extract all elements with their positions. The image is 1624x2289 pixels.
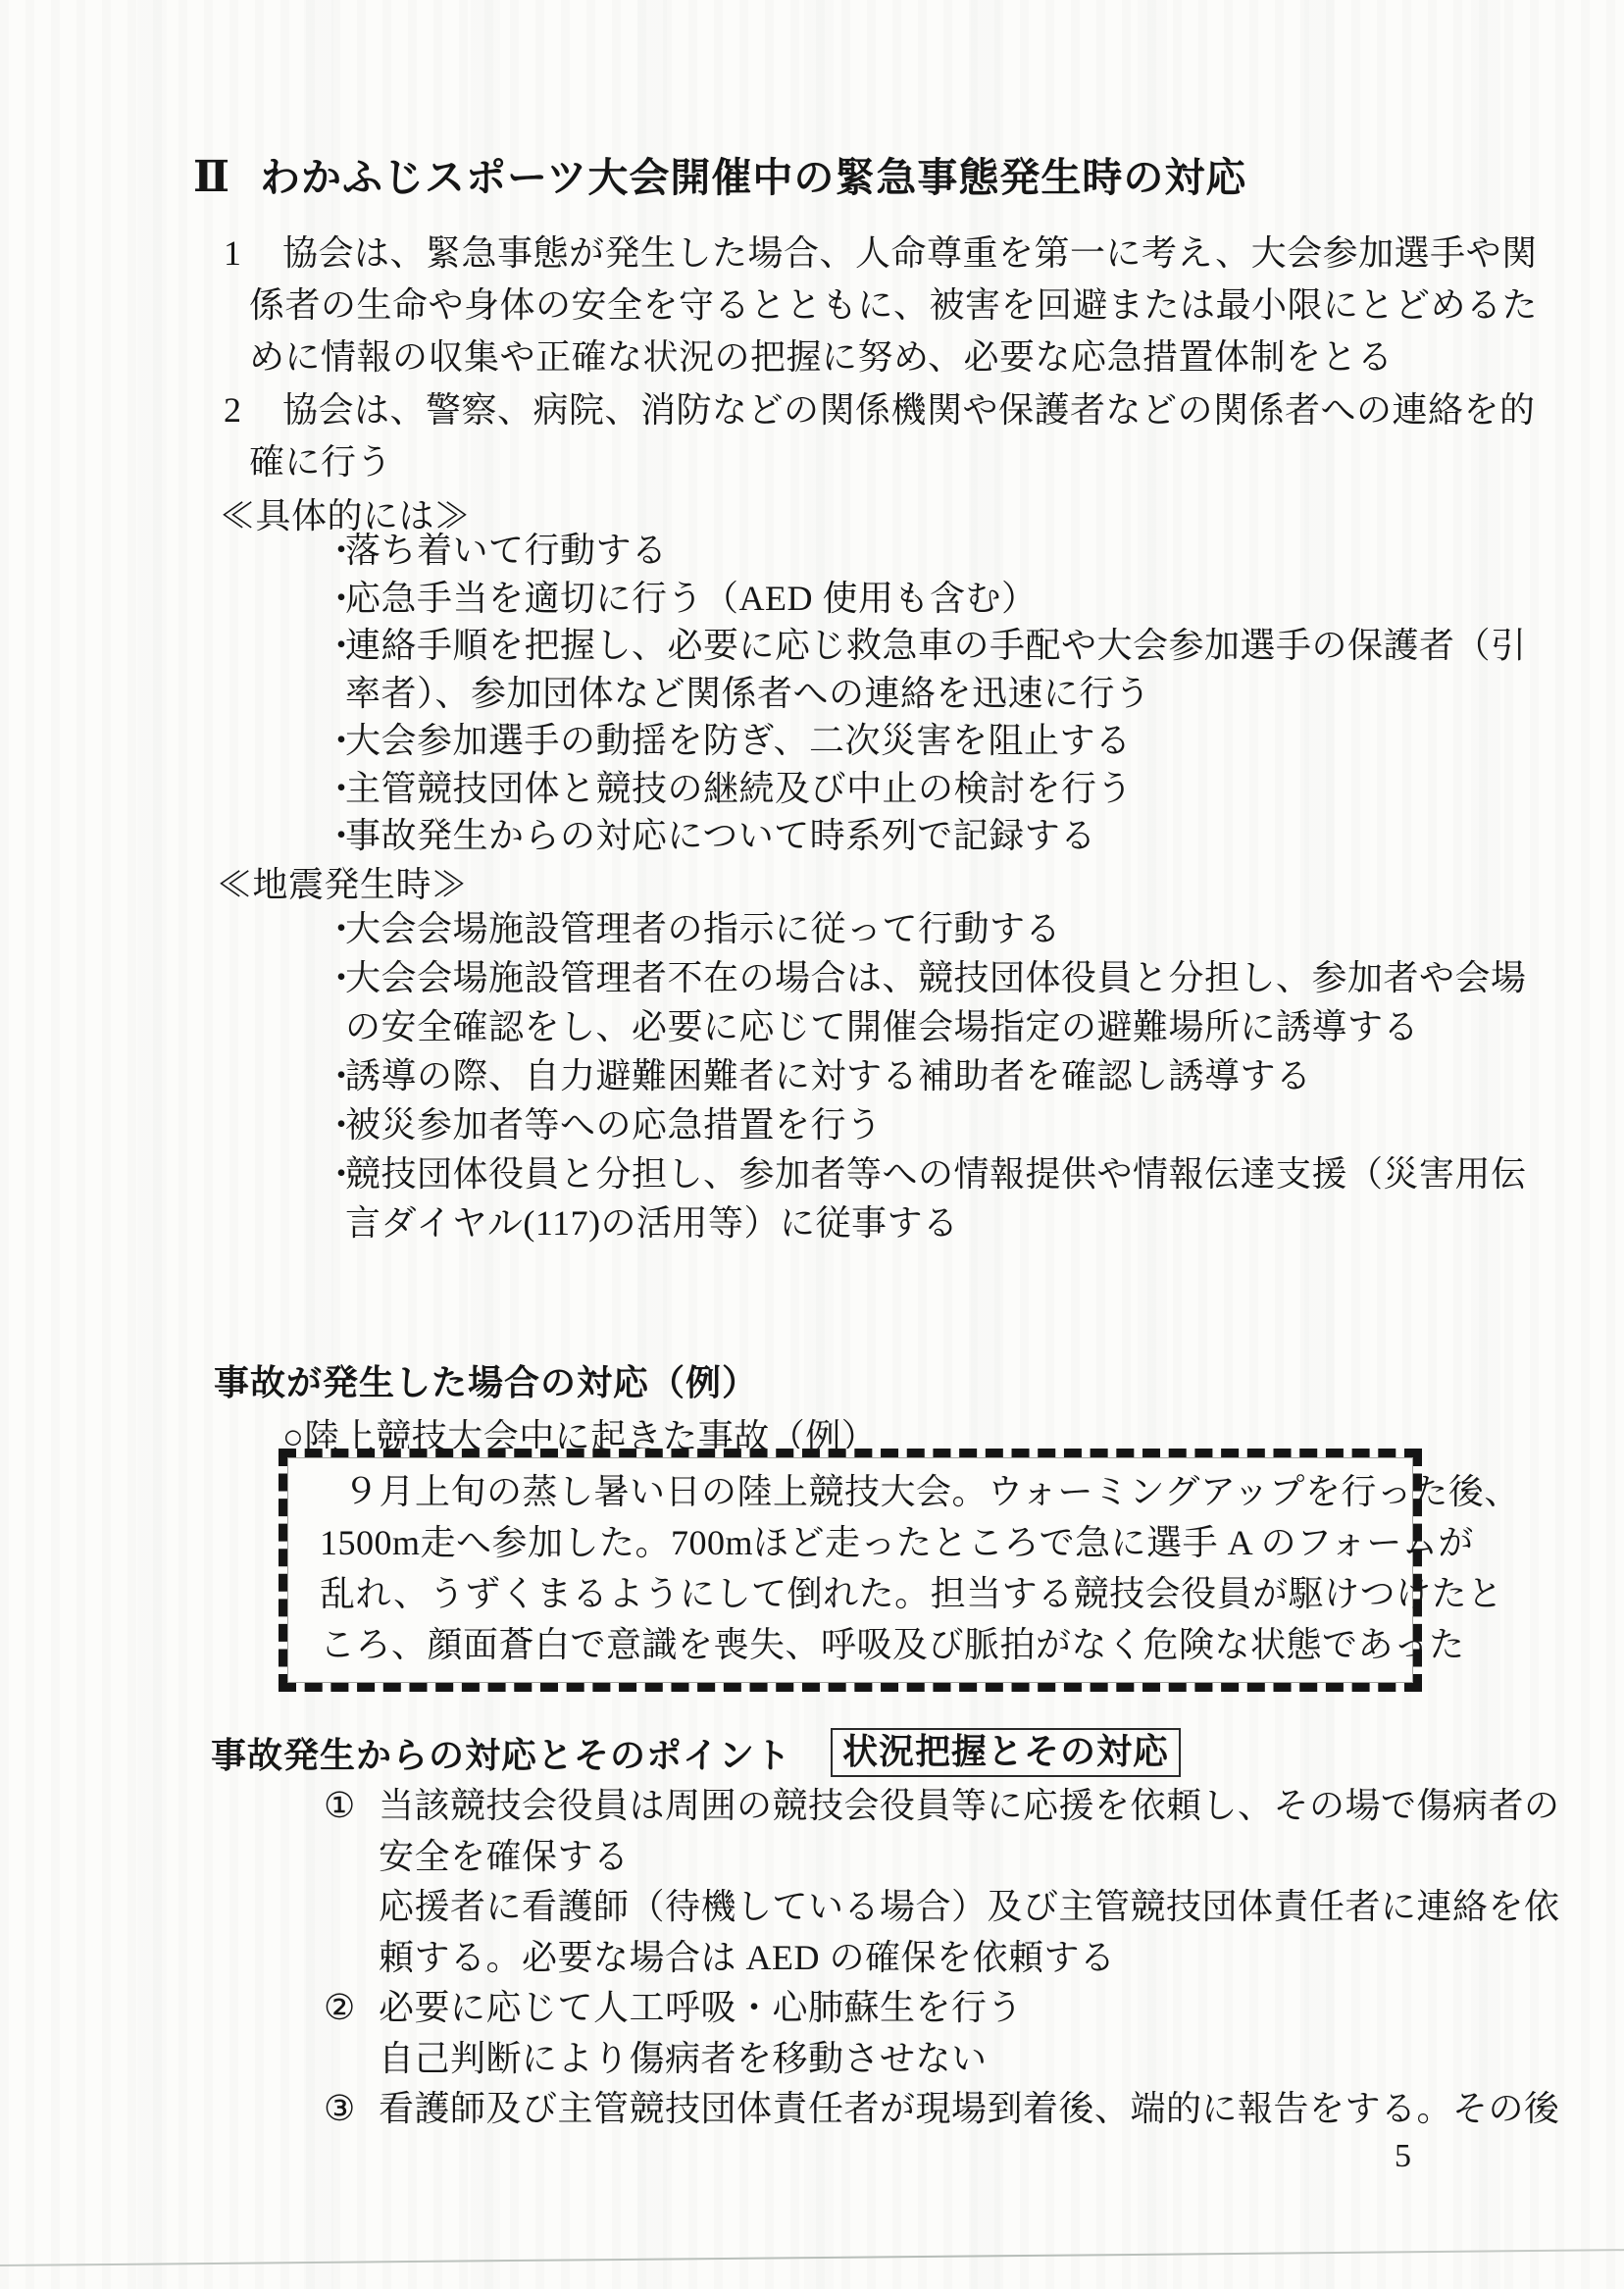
text-line: 率者）、参加団体など関係者への連絡を迅速に行う	[345, 670, 1527, 718]
list-item: ・ 大会会場施設管理者の指示に従って行動する	[324, 904, 1527, 953]
section-title: Ⅱわかふじスポーツ大会開催中の緊急事態発生時の対応	[193, 145, 1246, 203]
text-line: の安全確認をし、必要に応じて開催会場指定の避難場所に誘導する	[345, 1002, 1527, 1051]
earthquake-bullet-list: ・ 大会会場施設管理者の指示に従って行動する ・ 大会会場施設管理者不在の場合は…	[324, 904, 1527, 1247]
bullet-icon: ・	[324, 812, 345, 860]
bullet-icon: ・	[324, 765, 345, 813]
circled-number: ①	[324, 1781, 379, 1832]
text-line: 誘導の際、自力避難困難者に対する補助者を確認し誘導する	[345, 1051, 1312, 1100]
points-boxed-label: 状況把握とその対応	[831, 1728, 1181, 1777]
paragraph-2: 2協会は、警察、病院、消防などの関係機関や保護者などの関係者への連絡を的 確に行…	[224, 384, 1536, 488]
section-numeral: Ⅱ	[193, 152, 260, 202]
text-line: 協会は、緊急事態が発生した場合、人命尊重を第一に考え、大会参加選手や関	[282, 233, 1538, 273]
text-line: 乱れ、うずくまるようにして倒れた。担当する競技会役員が駆けつけたと	[320, 1568, 1395, 1619]
bullet-icon: ・	[324, 717, 345, 765]
text-line: 協会は、警察、病院、消防などの関係機関や保護者などの関係者への連絡を的	[282, 390, 1536, 430]
page-number: 5	[1395, 2138, 1411, 2175]
list-item: ・ 事故発生からの対応について時系列で記録する	[324, 812, 1527, 860]
text-line: 頼する。必要な場合は AED の確保を依頼する	[379, 1933, 1560, 1984]
text-line: 当該競技会役員は周囲の競技会役員等に応援を依頼し、その場で傷病者の	[379, 1781, 1560, 1832]
text-line: 言ダイヤル(117)の活用等）に従事する	[345, 1198, 1527, 1247]
list-item: ① 当該競技会役員は周囲の競技会役員等に応援を依頼し、その場で傷病者の 安全を確…	[324, 1781, 1560, 1983]
text-line: 被災参加者等への応急措置を行う	[345, 1100, 883, 1149]
text-line: 連絡手順を把握し、必要に応じ救急車の手配や大会参加選手の保護者（引	[345, 622, 1527, 670]
paragraph-1: 1協会は、緊急事態が発生した場合、人命尊重を第一に考え、大会参加選手や関 係者の…	[224, 228, 1538, 383]
text-line: 主管競技団体と競技の継続及び中止の検討を行う	[345, 765, 1133, 813]
bullet-icon: ・	[324, 1100, 345, 1149]
text-line: 2協会は、警察、病院、消防などの関係機関や保護者などの関係者への連絡を的	[224, 384, 1536, 436]
bullet-icon: ・	[324, 527, 345, 575]
text-line: 係者の生命や身体の安全を守るとともに、被害を回避または最小限にとどめるた	[249, 280, 1538, 331]
bullet-icon: ・	[324, 1051, 345, 1100]
item-number: 2	[224, 384, 282, 436]
document-page: Ⅱわかふじスポーツ大会開催中の緊急事態発生時の対応 1協会は、緊急事態が発生した…	[0, 0, 1624, 2289]
list-item: ・ 連絡手順を把握し、必要に応じ救急車の手配や大会参加選手の保護者（引 率者）、…	[324, 622, 1527, 717]
text-line: ９月上旬の蒸し暑い日の陸上競技大会。ウォーミングアップを行った後、	[320, 1466, 1395, 1517]
points-heading: 事故発生からの対応とそのポイント	[211, 1728, 791, 1778]
earthquake-heading: ≪地震発生時≫	[217, 857, 468, 907]
text-line: 大会会場施設管理者不在の場合は、競技団体役員と分担し、参加者や会場	[345, 953, 1527, 1002]
points-heading-row: 事故発生からの対応とそのポイント 状況把握とその対応	[211, 1728, 1181, 1778]
text-line: 確に行う	[249, 436, 1536, 488]
bullet-icon: ・	[324, 953, 345, 1002]
circled-number: ③	[324, 2084, 379, 2135]
text-line: 必要に応じて人工呼吸・心肺蘇生を行う	[379, 1983, 1023, 2034]
text-line: 1協会は、緊急事態が発生した場合、人命尊重を第一に考え、大会参加選手や関	[224, 228, 1538, 280]
list-item: ・ 応急手当を適切に行う（AED 使用も含む）	[324, 575, 1527, 623]
scan-artifact-line	[0, 2249, 1624, 2266]
list-item: ・ 大会参加選手の動揺を防ぎ、二次災害を阻止する	[324, 717, 1527, 765]
bullet-icon: ・	[324, 622, 345, 670]
list-item: ・ 誘導の際、自力避難困難者に対する補助者を確認し誘導する	[324, 1051, 1527, 1100]
circled-number: ②	[324, 1983, 379, 2034]
bullet-icon: ・	[324, 575, 345, 623]
text-line: ころ、顔面蒼白で意識を喪失、呼吸及び脈拍がなく危険な状態であった	[320, 1619, 1395, 1670]
text-line: 1500m走へ参加した。700mほど走ったところで急に選手 A のフォームが	[320, 1517, 1395, 1568]
list-item: ③ 看護師及び主管競技団体責任者が現場到着後、端的に報告をする。その後	[324, 2084, 1560, 2135]
text-line: 大会参加選手の動揺を防ぎ、二次災害を阻止する	[345, 717, 1132, 765]
text-line: 大会会場施設管理者の指示に従って行動する	[345, 904, 1061, 953]
text-line: 看護師及び主管競技団体責任者が現場到着後、端的に報告をする。その後	[379, 2084, 1560, 2135]
specific-bullet-list: ・ 落ち着いて行動する ・ 応急手当を適切に行う（AED 使用も含む） ・ 連絡…	[324, 527, 1527, 860]
text-line: 自己判断により傷病者を移動させない	[379, 2034, 1023, 2085]
text-line: 落ち着いて行動する	[345, 527, 668, 575]
bullet-icon: ・	[324, 1149, 345, 1198]
text-line: 競技団体役員と分担し、参加者等への情報提供や情報伝達支援（災害用伝	[345, 1149, 1527, 1198]
accident-example-text: ９月上旬の蒸し暑い日の陸上競技大会。ウォーミングアップを行った後、 1500m走…	[287, 1457, 1413, 1683]
text-line: 応急手当を適切に行う（AED 使用も含む）	[345, 575, 1038, 623]
text-line: 安全を確保する	[379, 1832, 1560, 1883]
text-line: めに情報の収集や正確な状況の把握に努め、必要な応急措置体制をとる	[249, 331, 1538, 383]
list-item: ・ 被災参加者等への応急措置を行う	[324, 1100, 1527, 1149]
accident-heading: 事故が発生した場合の対応（例）	[214, 1355, 758, 1405]
list-item: ・ 主管競技団体と競技の継続及び中止の検討を行う	[324, 765, 1527, 813]
points-list: ① 当該競技会役員は周囲の競技会役員等に応援を依頼し、その場で傷病者の 安全を確…	[324, 1781, 1560, 2135]
section-title-text: わかふじスポーツ大会開催中の緊急事態発生時の対応	[260, 155, 1246, 200]
list-item: ・ 競技団体役員と分担し、参加者等への情報提供や情報伝達支援（災害用伝 言ダイヤ…	[324, 1149, 1527, 1247]
list-item: ・ 落ち着いて行動する	[324, 527, 1527, 575]
list-item: ・ 大会会場施設管理者不在の場合は、競技団体役員と分担し、参加者や会場 の安全確…	[324, 953, 1527, 1051]
accident-example-box: ９月上旬の蒸し暑い日の陸上競技大会。ウォーミングアップを行った後、 1500m走…	[279, 1449, 1422, 1692]
text-line: 応援者に看護師（待機している場合）及び主管競技団体責任者に連絡を依	[379, 1882, 1560, 1933]
text-line: 事故発生からの対応について時系列で記録する	[345, 812, 1096, 860]
item-number: 1	[224, 228, 282, 280]
list-item: ② 必要に応じて人工呼吸・心肺蘇生を行う 自己判断により傷病者を移動させない	[324, 1983, 1560, 2084]
bullet-icon: ・	[324, 904, 345, 953]
